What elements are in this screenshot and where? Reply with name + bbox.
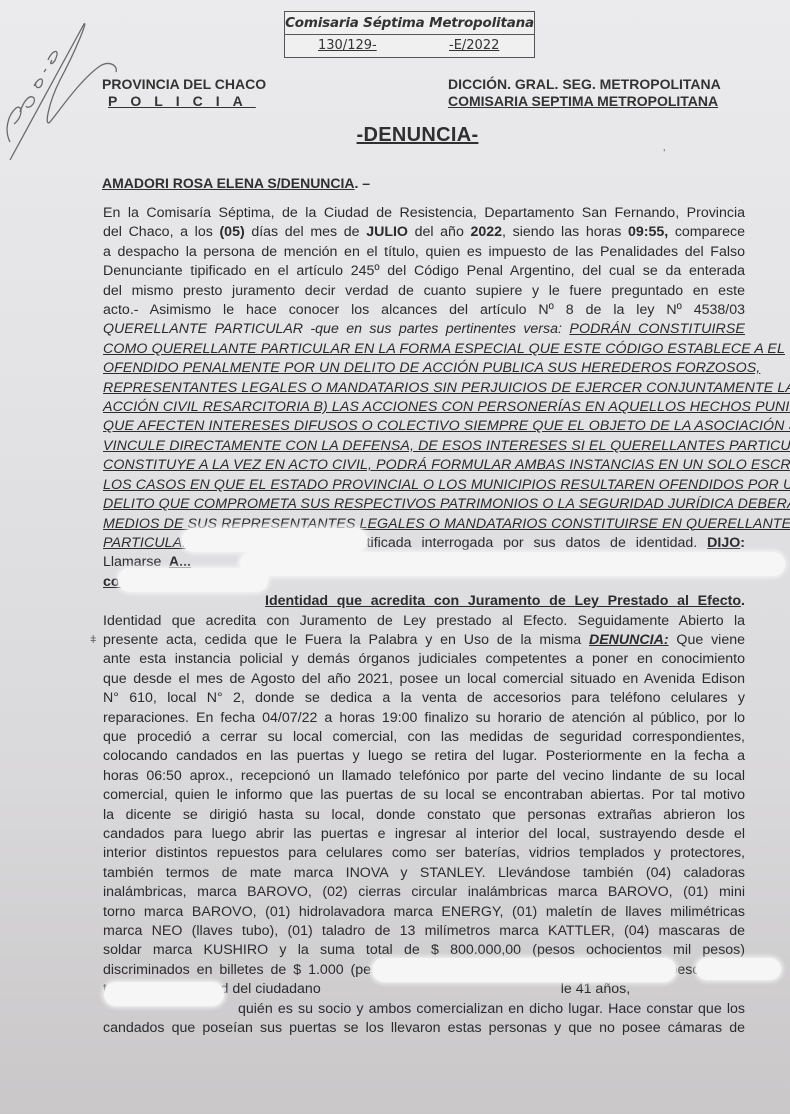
redaction-citizen-details: [696, 958, 781, 980]
body-line: candados para luego abrir las puertas e …: [103, 825, 745, 844]
stamp-number-right: -E/2022: [449, 35, 499, 57]
legal-quote-line: REPRESENTANTES LEGALES O MANDATARIOS SIN…: [103, 379, 745, 398]
body-line-identity: Identidad que acredita con Juramento de …: [103, 592, 745, 611]
legal-quote-line: OFENDIDO PENALMENTE POR UN DELITO DE ACC…: [103, 359, 745, 378]
body-line: inalámbricas, marca BAROVO, (02) cierras…: [103, 883, 745, 902]
redaction-name: [182, 528, 367, 552]
body-line: reparaciones. En fecha 04/07/22 a horas …: [103, 709, 745, 728]
header-left: PROVINCIA DEL CHACO POLICIA: [102, 76, 266, 110]
document-body: En la Comisaría Séptima, de la Ciudad de…: [103, 204, 745, 1038]
redaction-citizen-details-2: [104, 982, 224, 1006]
stamp-number-left: 130/129-: [318, 35, 377, 57]
station-label: COMISARIA SEPTIMA METROPOLITANA: [448, 93, 721, 110]
body-line: candados que poseían sus puertas se los …: [103, 1019, 745, 1038]
legal-quote-line: VINCULE DIRECTAMENTE CON LA DEFENSA, DE …: [103, 437, 745, 456]
document-title: -DENUNCIA-: [0, 124, 790, 147]
body-line: colocando candados en las puertas y lueg…: [103, 747, 745, 766]
body-line: N° 610, local N° 2, donde se dedica a la…: [103, 689, 745, 708]
legal-quote-line: ACCIÓN CIVIL RESARCITORIA B) LAS ACCIONE…: [103, 398, 745, 417]
legal-quote-line: QUE AFECTEN INTERESES DIFUSOS O COLECTIV…: [103, 417, 745, 436]
body-line: a despacho la persona de mención en el t…: [103, 243, 745, 262]
body-line: marca NEO (llaves tubo), (01) taladro de…: [103, 922, 745, 941]
body-line: interior distintos repuestos para celula…: [103, 844, 745, 863]
province-label: PROVINCIA DEL CHACO: [102, 76, 266, 93]
body-line: ante esta instancia policial y demás órg…: [103, 650, 745, 669]
header-right: DICCIÓN. GRAL. SEG. METROPOLITANA COMISA…: [448, 76, 721, 110]
body-line: comercial, quien le informo que las puer…: [103, 786, 745, 805]
body-line: Denunciante tipificado en el artículo 24…: [103, 262, 745, 281]
document-page: Comisaria Séptima Metropolitana 130/129-…: [0, 0, 790, 1114]
body-line: que desde el mes de Agosto del año 2021,…: [103, 670, 745, 689]
body-line: que procedió a cerrar su local comercial…: [103, 728, 745, 747]
case-subject: AMADORI ROSA ELENA S/DENUNCIA. –: [102, 175, 370, 191]
office-stamp: Comisaria Séptima Metropolitana 130/129-…: [284, 11, 535, 58]
body-line: también termos de mate marca INOVA y STA…: [103, 864, 745, 883]
body-line: del mismo presto juramento decir verdad …: [103, 282, 745, 301]
redaction-document: [240, 552, 785, 576]
directorate-label: DICCIÓN. GRAL. SEG. METROPOLITANA: [448, 76, 721, 93]
legal-quote-line: DELITO QUE COMPROMETA SUS RESPECTIVOS PA…: [103, 495, 745, 514]
margin-mark: ǂ: [90, 634, 96, 646]
redaction-id: [118, 568, 268, 592]
body-line: del Chaco, a los (05) días del mes de JU…: [103, 223, 745, 242]
redaction-citizen-name: [372, 958, 676, 982]
police-label: POLICIA: [108, 93, 256, 110]
body-line: presente acta, cedida que le Fuera la Pa…: [103, 631, 745, 650]
body-line: la dicente se dirigió hasta su local, do…: [103, 806, 745, 825]
body-line: En la Comisaría Séptima, de la Ciudad de…: [103, 204, 745, 223]
paper-speck: ʼ: [663, 148, 665, 160]
stamp-office: Comisaria Séptima Metropolitana: [285, 12, 534, 35]
legal-quote-line: LOS CASOS EN QUE EL ESTADO PROVINCIAL O …: [103, 476, 745, 495]
body-line: torno marca BAROVO, (01) hidrolavadora m…: [103, 903, 745, 922]
body-line: acto.- Asimismo le hace conocer los alca…: [103, 301, 745, 320]
legal-quote-line: COMO QUERELLANTE PARTICULAR EN LA FORMA …: [103, 340, 745, 359]
body-line: horas 06:50 aprox., recepcionó un llamad…: [103, 767, 745, 786]
body-line: Identidad que acredita con Juramento de …: [103, 612, 745, 631]
body-line: QUERELLANTE PARTICULAR -que en sus parte…: [103, 320, 745, 339]
legal-quote-line: CONSTITUYE A LA VEZ EN ACTO CIVIL, PODRÁ…: [103, 456, 745, 475]
